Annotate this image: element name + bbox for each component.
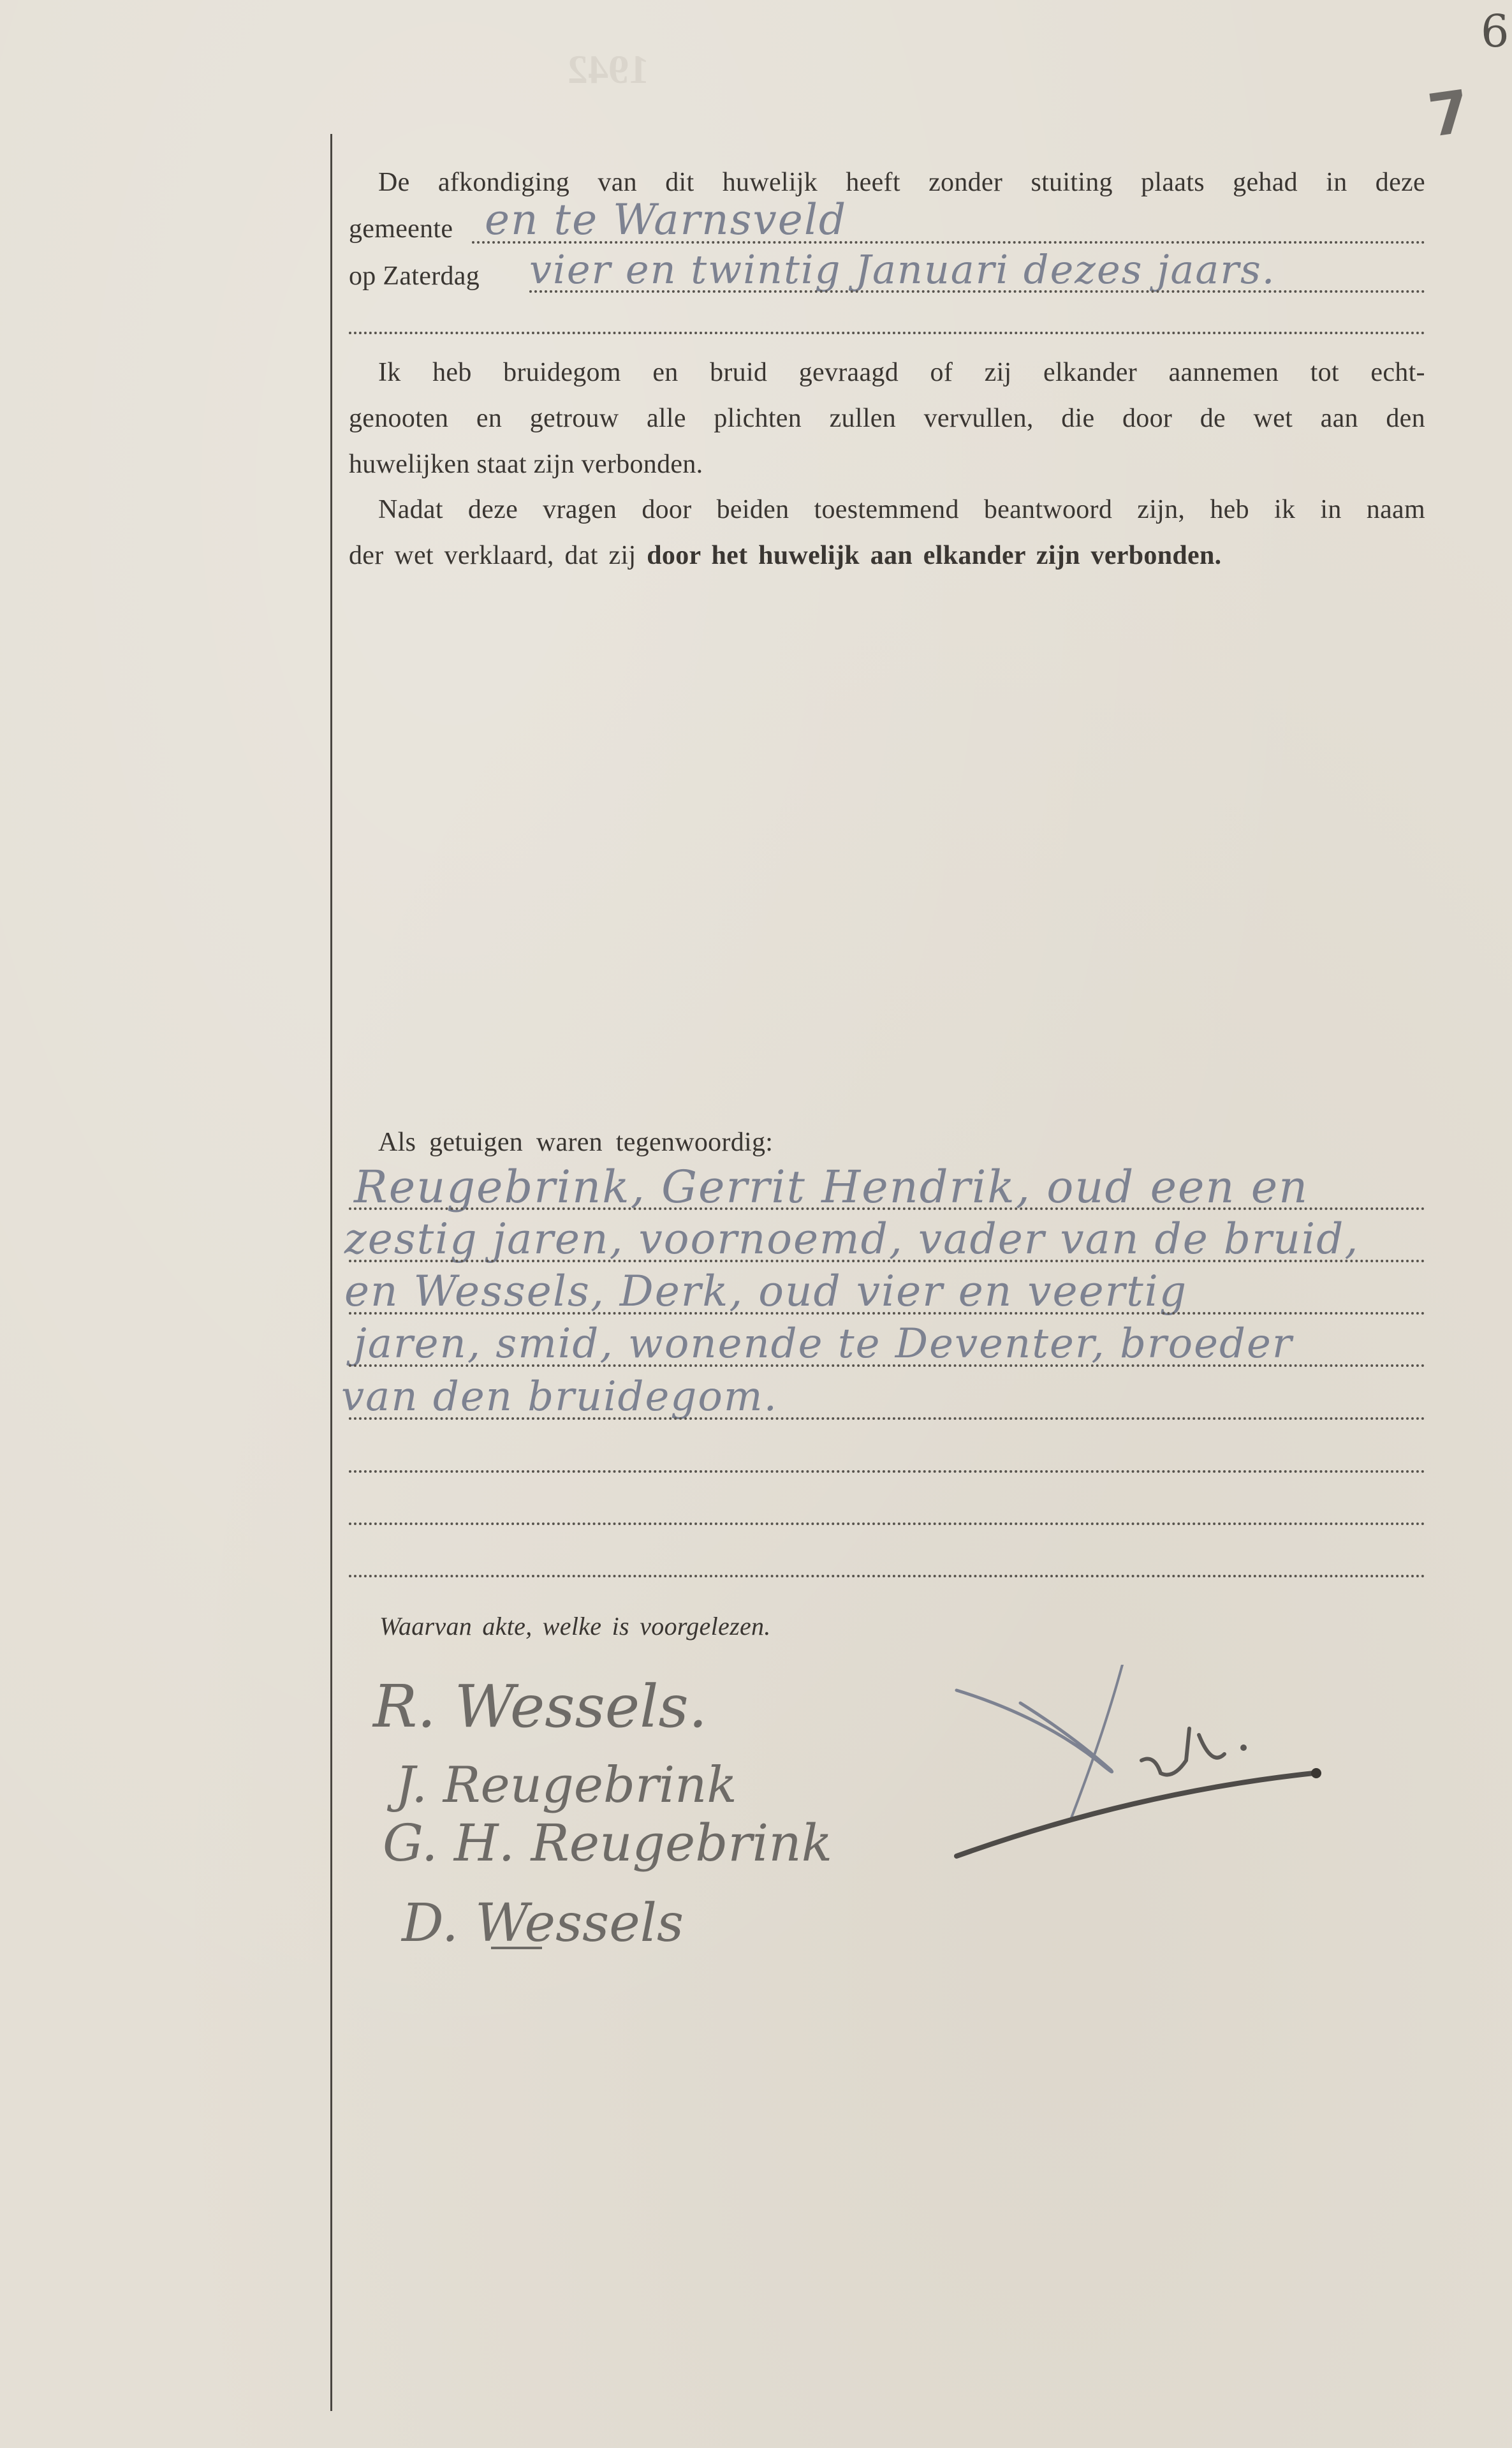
witnesses-heading: Als getuigen waren tegenwoordig: <box>378 1129 773 1156</box>
day-field: vier en twintig Januari dezes jaars. <box>529 250 1276 290</box>
witness-dotted-line-3 <box>349 1312 1425 1315</box>
witness-dotted-line-1 <box>349 1207 1425 1210</box>
signature-gh-reugebrink: G. H. Reugebrink <box>383 1818 832 1869</box>
publication-line-1: De afkondiging van dit huwelijk heeft zo… <box>378 169 1425 196</box>
vows-para1-line1: Ik heb bruidegom en bruid gevraagd of zi… <box>378 359 1425 386</box>
signature-underline-d-wessels <box>491 1947 542 1949</box>
witness-dotted-line-5 <box>349 1417 1425 1420</box>
vows-para2-line1: Nadat deze vragen door beiden toestemmen… <box>378 496 1425 523</box>
blank-dotted-line <box>349 332 1425 334</box>
municipality-field: en te Warnsveld <box>485 199 847 241</box>
witness-dotted-line-7 <box>349 1523 1425 1525</box>
day-label: op Zaterdag <box>349 263 480 290</box>
signature-j-reugebrink: J. Reugebrink <box>395 1760 737 1810</box>
signature-d-wessels: D. Wessels <box>402 1898 684 1950</box>
witness-line-5: van den bruidegom. <box>341 1376 778 1417</box>
closing-statement: Waarvan akte, welke is voorgelezen. <box>379 1614 771 1639</box>
stamped-page-number: 6 <box>1481 5 1509 57</box>
witness-line-2: zestig jaren, voornoemd, vader van de br… <box>344 1218 1359 1260</box>
day-dotted-line <box>529 290 1425 293</box>
declaration-bold: door het huwelijk aan elkander zijn verb… <box>647 541 1221 570</box>
witness-dotted-line-6 <box>349 1470 1425 1473</box>
municipality-label: gemeente <box>349 216 453 242</box>
pencil-page-number: 7 <box>1424 77 1474 151</box>
witness-line-1: Reugebrink, Gerrit Hendrik, oud een en <box>354 1165 1309 1209</box>
witness-line-3: en Wessels, Derk, oud vier en veertig <box>344 1271 1187 1313</box>
vows-para2-line2: der wet verklaard, dat zij door het huwe… <box>349 542 1221 569</box>
signature-official: Boreel. <box>944 1665 1403 1869</box>
municipality-dotted-line <box>472 241 1425 244</box>
witness-dotted-line-2 <box>349 1260 1425 1262</box>
witness-line-4: jaren, smid, wonende te Deventer, broede… <box>354 1324 1293 1364</box>
vows-para1-line3: huwelijken staat zijn verbonden. <box>349 451 703 478</box>
official-signature-flourish-icon <box>944 1665 1403 1869</box>
witness-dotted-line-4 <box>349 1364 1425 1367</box>
vows-para1-line2: genooten en getrouw alle plichten zullen… <box>349 405 1425 432</box>
witness-dotted-line-8 <box>349 1575 1425 1577</box>
signature-r-wessels: R. Wessels. <box>373 1677 707 1736</box>
bleed-through-text: 1942 <box>568 46 649 93</box>
margin-rule <box>330 134 332 2411</box>
